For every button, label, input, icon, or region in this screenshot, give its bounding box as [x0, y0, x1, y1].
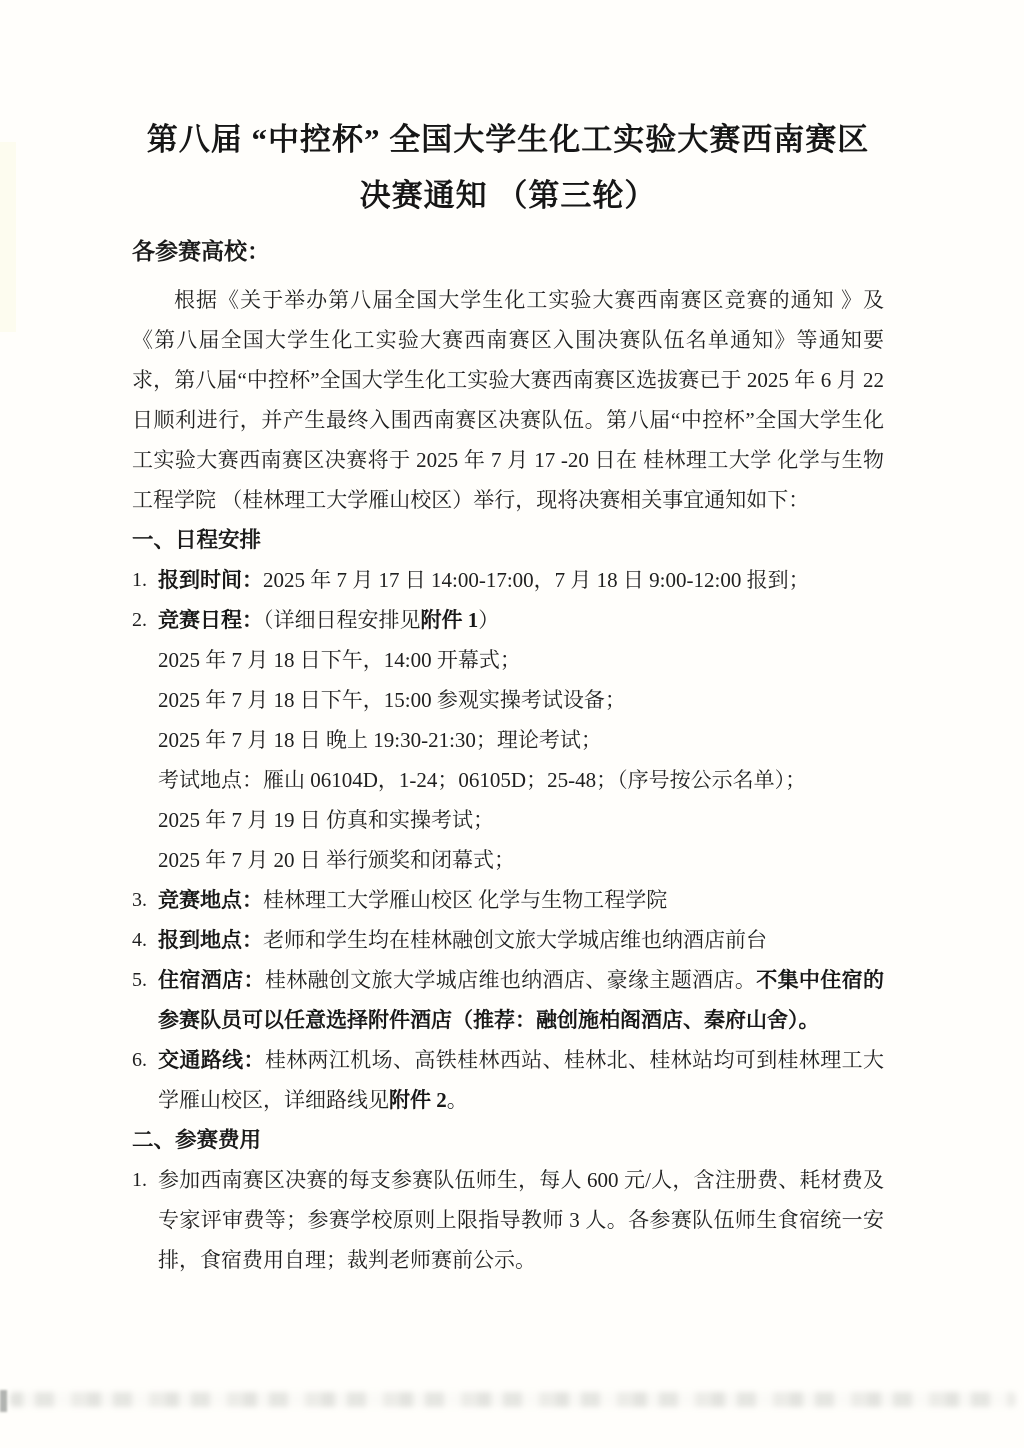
text-segment: 桂林两江机场、高铁桂林西站、桂林北、桂林站均可到桂林理工大学雁山校区，详细路线见 — [158, 1048, 884, 1112]
list-item-5: 5. 住宿酒店：桂林融创文旅大学城店维也纳酒店、豪缘主题酒店。不集中住宿的参赛队… — [132, 960, 884, 1040]
bold-text-segment: 竞赛地点： — [158, 888, 263, 912]
text-segment: 老师和学生均在桂林融创文旅大学城店维也纳酒店前台 — [263, 928, 767, 952]
document-content: 第八届 “中控杯” 全国大学生化工实验大赛西南赛区 决赛通知 （第三轮） 各参赛… — [132, 112, 884, 1280]
section-1-heading: 一、日程安排 — [132, 520, 884, 560]
schedule-line-6: 2025 年 7 月 20 日 举行颁奖和闭幕式； — [158, 840, 884, 880]
scan-bleedthrough-band-artifact — [10, 1392, 1016, 1407]
section-2-heading: 二、参赛费用 — [132, 1120, 884, 1160]
item-text: 竞赛地点：桂林理工大学雁山校区 化学与生物工程学院 — [158, 880, 884, 920]
salutation: 各参赛高校： — [132, 232, 884, 272]
list-item-1: 1. 报到时间：2025 年 7 月 17 日 14:00-17:00，7 月 … — [132, 560, 884, 600]
intro-paragraph: 根据《关于举办第八届全国大学生化工实验大赛西南赛区竞赛的通知 》及《第八届全国大… — [132, 280, 884, 520]
bold-text-segment: 住宿酒店： — [158, 968, 265, 992]
item-number: 3. — [132, 880, 158, 920]
item-text: 报到时间：2025 年 7 月 17 日 14:00-17:00，7 月 18 … — [158, 560, 884, 600]
item-text: 报到地点：老师和学生均在桂林融创文旅大学城店维也纳酒店前台 — [158, 920, 884, 960]
document-title: 第八届 “中控杯” 全国大学生化工实验大赛西南赛区 决赛通知 （第三轮） — [132, 112, 884, 224]
schedule-line-1: 2025 年 7 月 18 日下午，14:00 开幕式； — [158, 640, 884, 680]
bold-text-segment: 交通路线： — [158, 1048, 265, 1072]
text-segment: 参加西南赛区决赛的每支参赛队伍师生，每人 600 元/人，含注册费、耗材费及专家… — [158, 1168, 884, 1272]
item-number: 4. — [132, 920, 158, 960]
scanned-document-page: 第八届 “中控杯” 全国大学生化工实验大赛西南赛区 决赛通知 （第三轮） 各参赛… — [0, 0, 1024, 1448]
text-segment: 。 — [447, 1088, 468, 1112]
title-line-2: 决赛通知 （第三轮） — [132, 168, 884, 224]
item-number: 1. — [132, 560, 158, 600]
item-number: 2. — [132, 600, 158, 640]
bold-text-segment: 附件 2 — [389, 1088, 447, 1112]
item-number: 1. — [132, 1160, 158, 1280]
item-number: 5. — [132, 960, 158, 1040]
schedule-line-5: 2025 年 7 月 19 日 仿真和实操考试； — [158, 800, 884, 840]
item-text: 交通路线：桂林两江机场、高铁桂林西站、桂林北、桂林站均可到桂林理工大学雁山校区，… — [158, 1040, 884, 1120]
list-item-6: 6. 交通路线：桂林两江机场、高铁桂林西站、桂林北、桂林站均可到桂林理工大学雁山… — [132, 1040, 884, 1120]
fee-list-item-1: 1. 参加西南赛区决赛的每支参赛队伍师生，每人 600 元/人，含注册费、耗材费… — [132, 1160, 884, 1280]
text-segment: 桂林融创文旅大学城店维也纳酒店、豪缘主题酒店。 — [265, 968, 756, 992]
bold-text-segment: 报到地点： — [158, 928, 263, 952]
item-text: 竞赛日程：（详细日程安排见附件 1） — [158, 600, 884, 640]
schedule-line-3: 2025 年 7 月 18 日 晚上 19:30-21:30；理论考试； — [158, 720, 884, 760]
list-item-3: 3. 竞赛地点：桂林理工大学雁山校区 化学与生物工程学院 — [132, 880, 884, 920]
text-segment: ） — [478, 608, 499, 632]
scan-smudge-tick-artifact — [0, 1390, 7, 1412]
title-line-1: 第八届 “中控杯” 全国大学生化工实验大赛西南赛区 — [132, 112, 884, 168]
item-number: 6. — [132, 1040, 158, 1120]
schedule-line-4: 考试地点：雁山 06104D，1-24；06105D；25-48；（序号按公示名… — [158, 760, 884, 800]
text-segment: （详细日程安排见 — [263, 608, 421, 632]
text-segment: 2025 年 7 月 17 日 14:00-17:00，7 月 18 日 9:0… — [263, 568, 810, 592]
bold-text-segment: 竞赛日程： — [158, 608, 263, 632]
list-item-2: 2. 竞赛日程：（详细日程安排见附件 1） — [132, 600, 884, 640]
bold-text-segment: 报到时间： — [158, 568, 263, 592]
scan-edge-tint-artifact — [0, 142, 16, 332]
list-item-4: 4. 报到地点：老师和学生均在桂林融创文旅大学城店维也纳酒店前台 — [132, 920, 884, 960]
item-text: 住宿酒店：桂林融创文旅大学城店维也纳酒店、豪缘主题酒店。不集中住宿的参赛队员可以… — [158, 960, 884, 1040]
text-segment: 桂林理工大学雁山校区 化学与生物工程学院 — [263, 888, 667, 912]
bold-text-segment: 附件 1 — [421, 608, 479, 632]
item-text: 参加西南赛区决赛的每支参赛队伍师生，每人 600 元/人，含注册费、耗材费及专家… — [158, 1160, 884, 1280]
schedule-line-2: 2025 年 7 月 18 日下午，15:00 参观实操考试设备； — [158, 680, 884, 720]
